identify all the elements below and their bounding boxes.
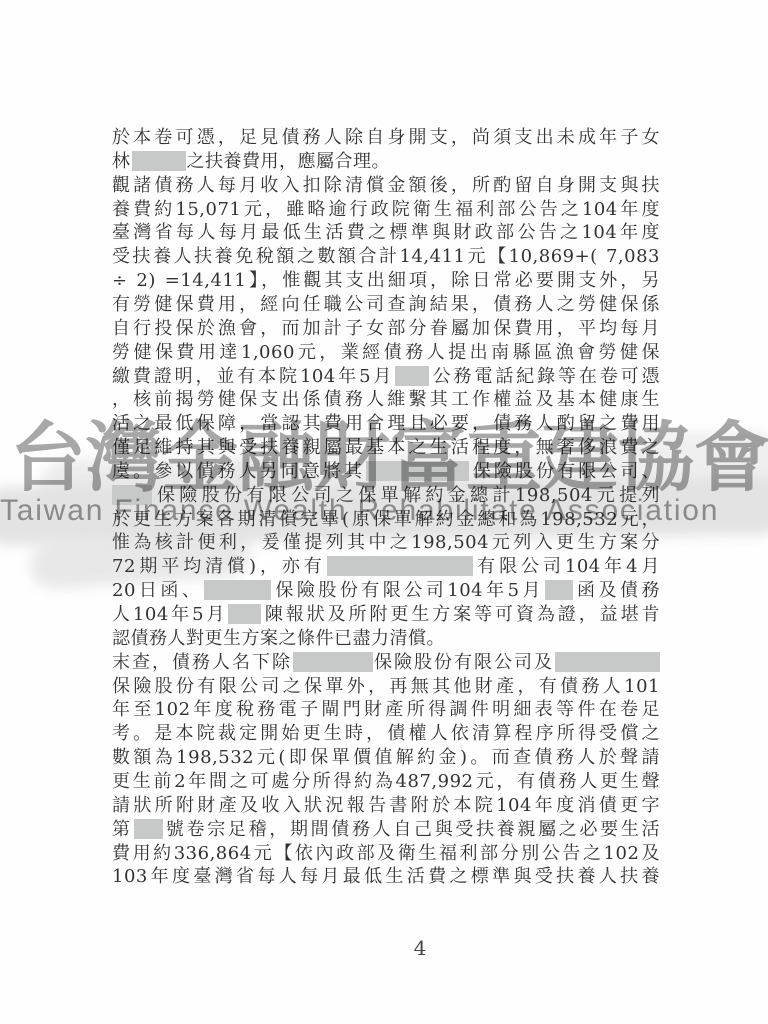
document-line: 惟為核計便利，爰僅提列其中之198,504元列入更生方案分	[112, 531, 660, 555]
text-run: 勞健保費用達1,060元，業經債務人提出南縣區漁會勞健保	[112, 342, 660, 363]
redaction-box	[132, 151, 186, 171]
text-run: 公務電話紀錄等在卷可憑	[430, 366, 660, 387]
document-line: 繳費證明，並有本院104年5月公務電話紀錄等在卷可憑	[112, 365, 660, 389]
document-line: 更生前2年間之可處分所得約為487,992元，有債務人更生聲	[112, 770, 660, 794]
document-line: 活之最低保障，當認其費用合理且必要，債務人酌留之費用	[112, 412, 660, 436]
text-run: 人104年5月	[112, 604, 227, 625]
document-line: 臺灣省每人每月最低生活費之標準與財政部公告之104年度	[112, 221, 660, 245]
text-run: 保險股份有限公司之保單外，再無其他財產，有債務人101	[112, 676, 660, 697]
document-line: 72期平均清償)，亦有有限公司104年4月	[112, 555, 660, 579]
text-run: 認債務人對更生方案之條件已盡力清償。	[112, 628, 445, 649]
document-text-layer: 於本卷可憑，足見債務人除自身開支，尚須支出未成年子女林之扶養費用，應屬合理。㈢觀…	[0, 0, 768, 1024]
text-run: 更生前2年間之可處分所得約為487,992元，有債務人更生聲	[112, 771, 660, 792]
document-line: 保險股份有限公司之保單解約金總計198,504元提列	[112, 484, 660, 508]
redaction-box	[555, 652, 660, 672]
text-run: 年至102年度稅務電子閘門財產所得調件明細表等件在卷足	[112, 699, 660, 720]
text-run: ÷ 2) =14,411】，惟觀其支出細項，除日常必要開支外，另	[112, 270, 660, 291]
document-line: 保險股份有限公司之保單外，再無其他財產，有債務人101	[112, 675, 660, 699]
redaction-box	[134, 819, 163, 839]
text-run: 保險股份有限公司104年5月	[272, 580, 544, 601]
text-run: 保險股份有限公司、	[470, 461, 660, 482]
document-line: 20日函、保險股份有限公司104年5月函及債務	[112, 579, 660, 603]
text-run: 養費約15,071元，雖略逾行政院衛生福利部公告之104年度	[112, 199, 660, 220]
text-run: 費用約336,864元【依內政部及衛生福利部分別公告之102及	[112, 843, 660, 864]
scanned-court-document-page: 於本卷可憑，足見債務人除自身開支，尚須支出未成年子女林之扶養費用，應屬合理。㈢觀…	[0, 0, 768, 1024]
document-line: 林之扶養費用，應屬合理。	[112, 150, 660, 174]
text-run: 103年度臺灣省每人每月最低生活費之標準與受扶養人扶養	[112, 866, 660, 887]
document-line: 於更生方案各期清償完畢(原保單解約金總和為198,532元，	[112, 508, 660, 532]
text-run: 臺灣省每人每月最低生活費之標準與財政部公告之104年度	[112, 222, 660, 243]
text-run: 林	[112, 151, 131, 172]
text-run: 有勞健保費用，經向任職公司查詢結果，債務人之勞健保係	[112, 294, 660, 315]
redaction-box	[545, 580, 573, 600]
document-line: ㈣末查，債務人名下除保險股份有限公司及	[112, 651, 660, 675]
text-run: 於更生方案各期清償完畢(原保單解約金總和為198,532元，	[112, 509, 660, 530]
text-run: 於本卷可憑，足見債務人除自身開支，尚須支出未成年子女	[112, 127, 660, 148]
text-run: 考。是本院裁定開始更生時，債權人依清算程序所得受償之	[112, 723, 660, 744]
text-run: 保險股份有限公司及	[374, 652, 554, 673]
redaction-box	[366, 461, 469, 481]
document-line: 養費約15,071元，雖略逾行政院衛生福利部公告之104年度	[112, 198, 660, 222]
document-line: ÷ 2) =14,411】，惟觀其支出細項，除日常必要開支外，另	[112, 269, 660, 293]
document-line: 103年度臺灣省每人每月最低生活費之標準與受扶養人扶養	[112, 865, 660, 889]
text-run: 虞。參以債務人另同意將其	[112, 461, 365, 482]
text-run: 僅足維持其與受扶養親屬最基本之生活程度，無奢侈浪費之	[112, 437, 660, 458]
text-run: 陳報狀及所附更生方案等可資為證，益堪肯	[262, 604, 660, 625]
document-line: ，核前揭勞健保支出係債務人維繫其工作權益及基本健康生	[112, 388, 660, 412]
document-line: 勞健保費用達1,060元，業經債務人提出南縣區漁會勞健保	[112, 341, 660, 365]
document-line: 年至102年度稅務電子閘門財產所得調件明細表等件在卷足	[112, 698, 660, 722]
text-run: 有限公司104年4月	[474, 556, 660, 577]
text-run: ，核前揭勞健保支出係債務人維繫其工作權益及基本健康生	[112, 389, 660, 410]
document-line: 考。是本院裁定開始更生時，債權人依清算程序所得受償之	[112, 722, 660, 746]
document-line: ㈢觀諸債務人每月收入扣除清償金額後，所酌留自身開支與扶	[112, 174, 660, 198]
document-line: 受扶養人扶養免稅額之數額合計14,411元【10,869+( 7,083	[112, 245, 660, 269]
text-run: 之扶養費用，應屬合理。	[187, 151, 391, 172]
text-run: 72期平均清償)，亦有	[112, 556, 326, 577]
text-run: 請狀所附財產及收入狀況報告書附於本院104年度消債更字	[112, 795, 660, 816]
redaction-box	[228, 604, 261, 624]
document-line: 第號卷宗足稽，期間債務人自己與受扶養親屬之必要生活	[112, 818, 660, 842]
text-run: 號卷宗足稽，期間債務人自己與受扶養親屬之必要生活	[164, 819, 660, 840]
text-run: 活之最低保障，當認其費用合理且必要，債務人酌留之費用	[112, 413, 660, 434]
text-run: 自行投保於漁會，而加計子女部分眷屬加保費用，平均每月	[112, 318, 660, 339]
document-line: 人104年5月陳報狀及所附更生方案等可資為證，益堪肯	[112, 603, 660, 627]
text-run: 函及債務	[574, 580, 660, 601]
text-run: 受扶養人扶養免稅額之數額合計14,411元【10,869+( 7,083	[112, 246, 660, 267]
document-line: 數額為198,532元(即保單價值解約金)。而查債務人於聲請	[112, 746, 660, 770]
text-run: 觀諸債務人每月收入扣除清償金額後，所酌留自身開支與扶	[112, 175, 660, 196]
redaction-box	[293, 652, 373, 672]
redaction-box	[204, 580, 271, 600]
redaction-box	[395, 366, 429, 386]
document-line: 請狀所附財產及收入狀況報告書附於本院104年度消債更字	[112, 794, 660, 818]
text-run: 20日函、	[112, 580, 203, 601]
text-run: 末查，債務人名下除	[112, 652, 292, 673]
text-run: 惟為核計便利，爰僅提列其中之198,504元列入更生方案分	[112, 532, 660, 553]
document-line: 於本卷可憑，足見債務人除自身開支，尚須支出未成年子女	[112, 126, 660, 150]
document-line: 費用約336,864元【依內政部及衛生福利部分別公告之102及	[112, 842, 660, 866]
document-line: 自行投保於漁會，而加計子女部分眷屬加保費用，平均每月	[112, 317, 660, 341]
text-run: 數額為198,532元(即保單價值解約金)。而查債務人於聲請	[112, 747, 660, 768]
document-line: 虞。參以債務人另同意將其保險股份有限公司、	[112, 460, 660, 484]
text-run: 繳費證明，並有本院104年5月	[112, 366, 394, 387]
document-line: 僅足維持其與受扶養親屬最基本之生活程度，無奢侈浪費之	[112, 436, 660, 460]
redaction-box	[112, 485, 152, 505]
document-line: 認債務人對更生方案之條件已盡力清償。	[112, 627, 660, 651]
redaction-box	[327, 556, 473, 576]
text-run: 保險股份有限公司之保單解約金總計198,504元提列	[153, 485, 660, 506]
text-run: 第	[112, 819, 133, 840]
document-line: 有勞健保費用，經向任職公司查詢結果，債務人之勞健保係	[112, 293, 660, 317]
page-number: 4	[398, 936, 442, 960]
